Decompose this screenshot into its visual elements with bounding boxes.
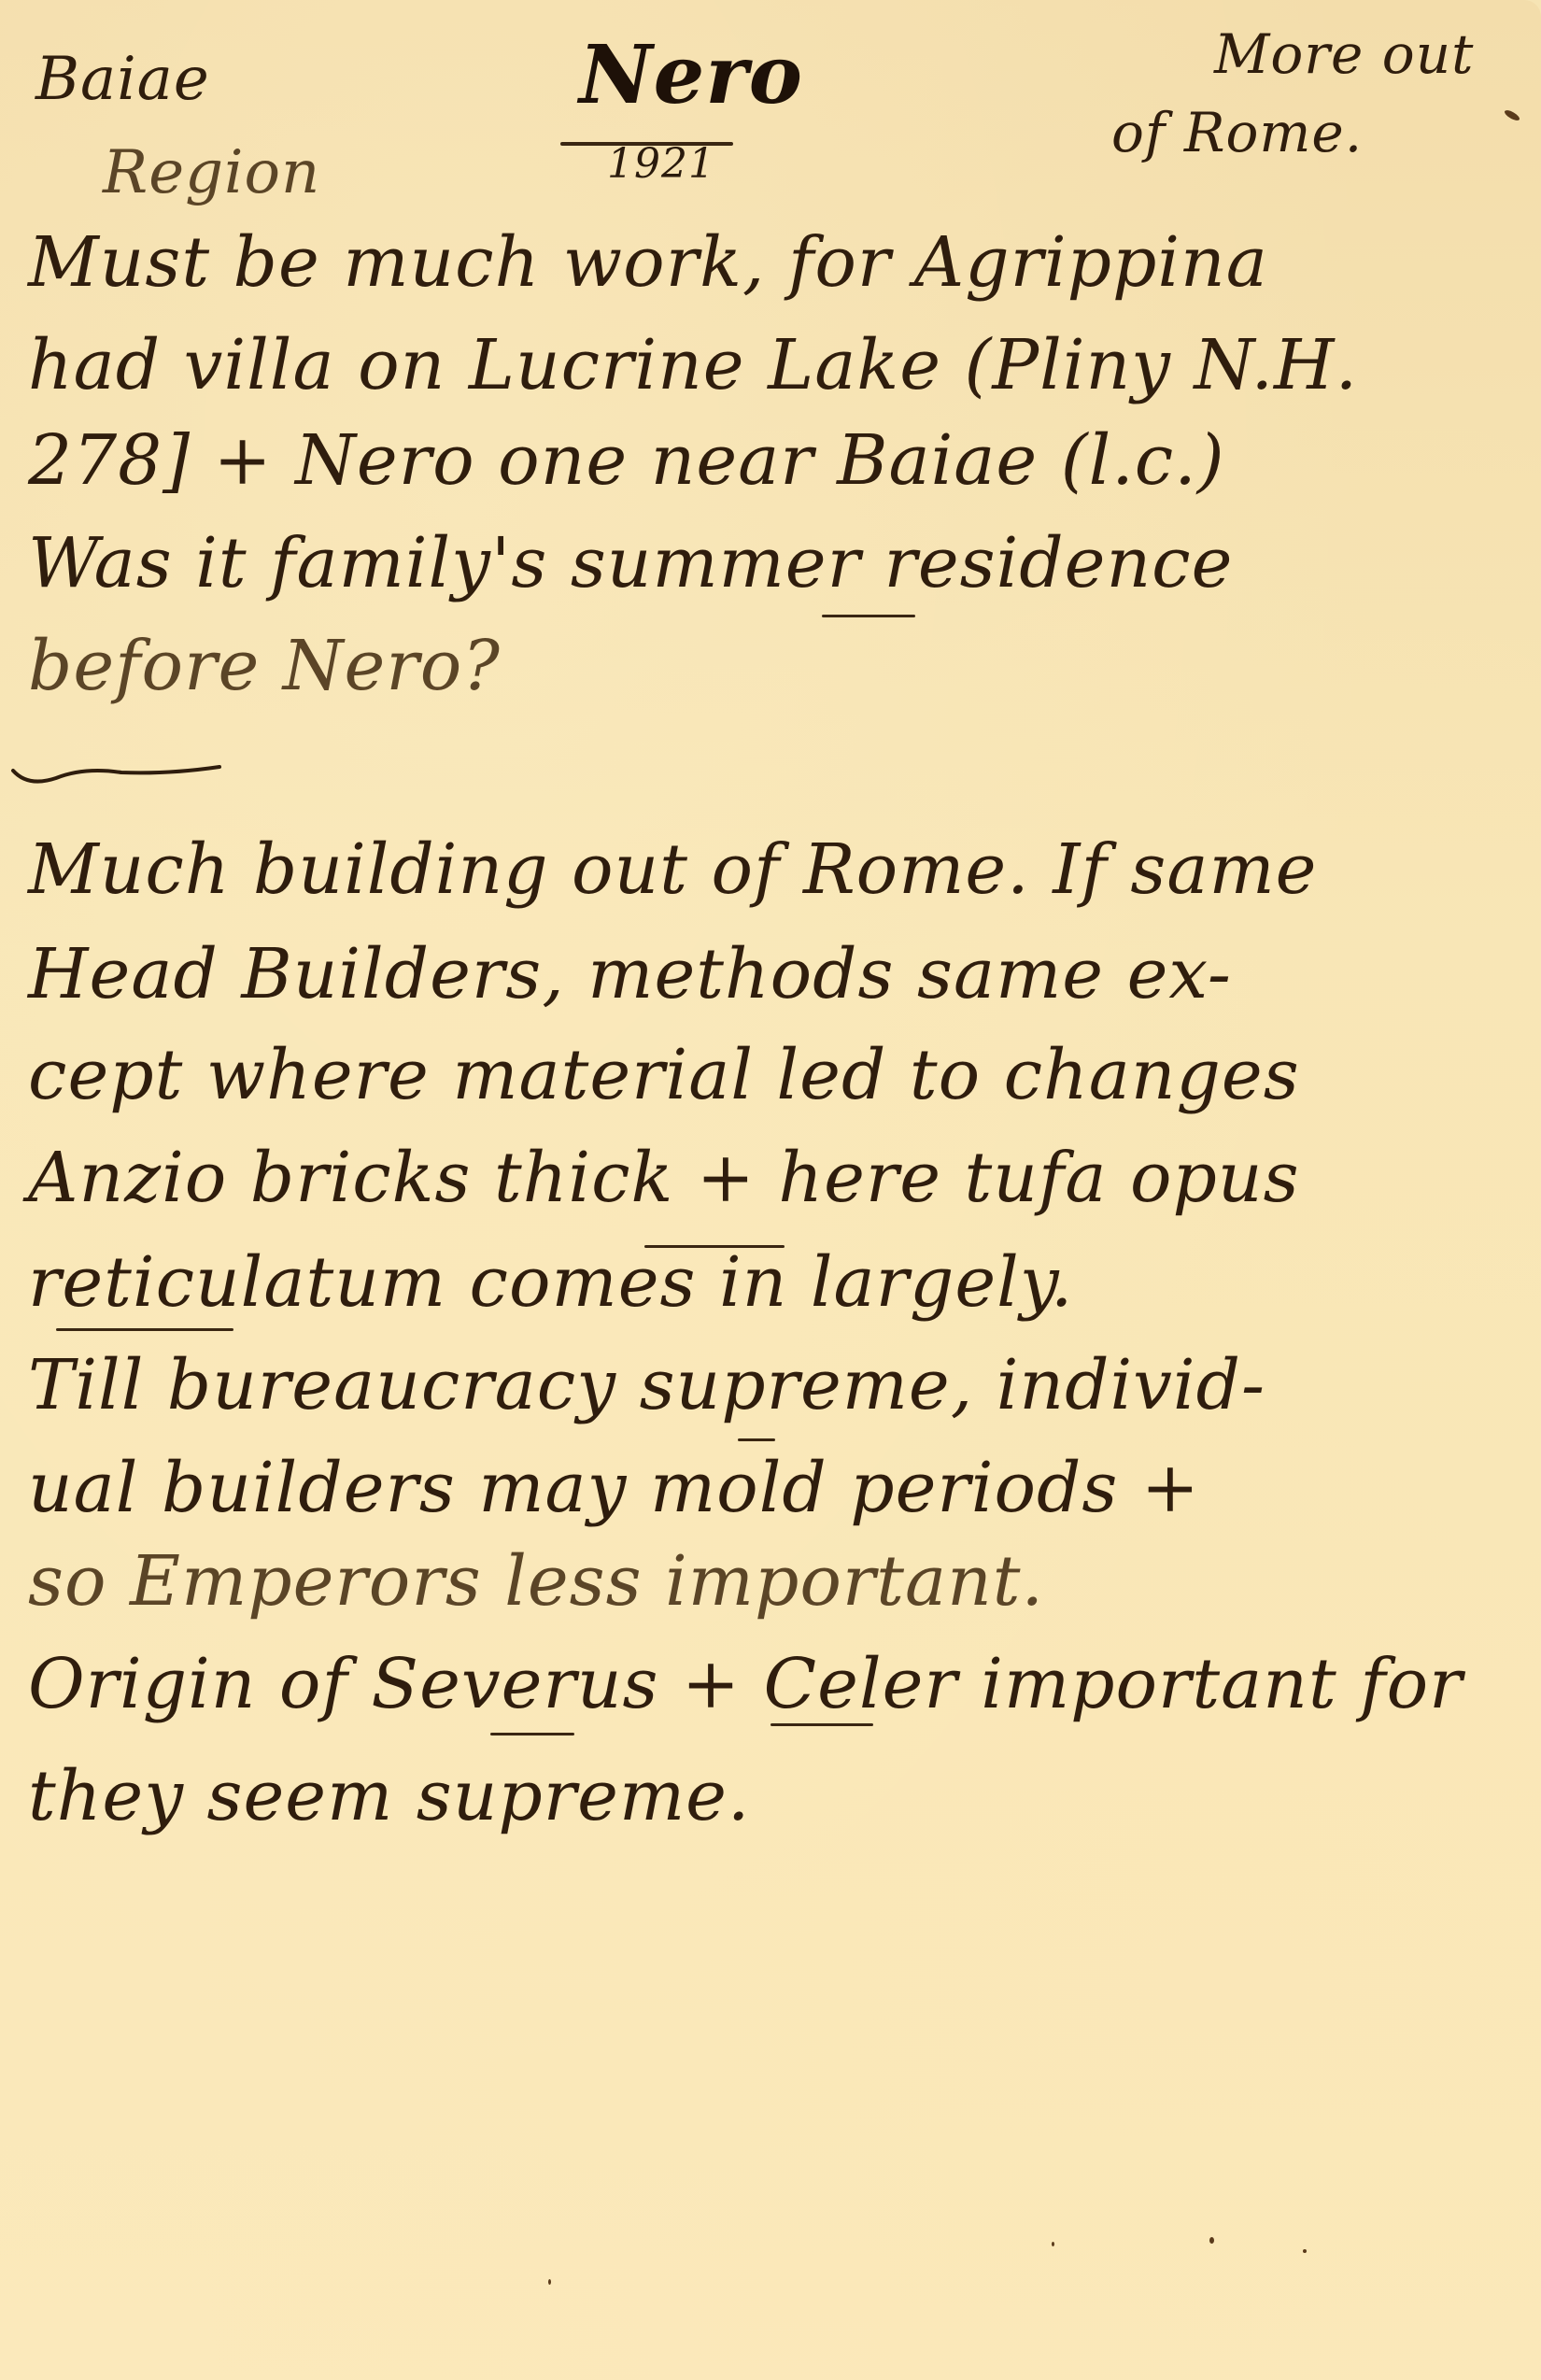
paragraph2-line: Origin of Severus + Celer important for	[28, 1644, 1463, 1724]
paragraph1-line: Must be much work, for Agrippina	[28, 222, 1268, 303]
paragraph2-line: so Emperors less important.	[28, 1541, 1044, 1622]
paper-speck	[1303, 2249, 1307, 2253]
paper-speck	[1052, 2242, 1054, 2246]
paragraph2-line: cept where material led to changes	[28, 1035, 1300, 1115]
header-place: Baiae	[35, 45, 210, 114]
header-note-line1: More out	[1214, 22, 1474, 86]
paragraph2-line: Much building out of Rome. If same	[28, 829, 1317, 910]
paragraph1-line: Was it family's summer residence	[28, 523, 1233, 603]
paper-speck	[1209, 2237, 1214, 2244]
paragraph1-line: 278] + Nero one near Baiae (l.c.)	[28, 420, 1225, 501]
header-note-line2: of Rome.	[1111, 101, 1363, 164]
paragraph2-line: Anzio bricks thick + here tufa opus	[28, 1138, 1300, 1218]
underline-reticulatum	[56, 1328, 233, 1331]
paragraph1-line: had villa on Lucrine Lake (Pliny N.H.	[28, 325, 1358, 405]
header-year: 1921	[607, 140, 715, 188]
note-card: Baiae Region Nero 1921 More out of Rome.…	[0, 0, 1541, 2380]
section-divider	[9, 761, 224, 789]
paragraph2-line: reticulatum comes in largely.	[28, 1242, 1073, 1323]
underline-severus	[490, 1733, 574, 1735]
underline-celer	[770, 1723, 873, 1726]
paper-speck	[548, 2279, 551, 2285]
underline-summer	[822, 615, 915, 617]
ink-blot	[1503, 108, 1520, 122]
paragraph1-line: before Nero?	[28, 626, 501, 706]
header-title: Nero	[579, 28, 803, 122]
underline-may	[738, 1438, 775, 1441]
paragraph2-line: Till bureaucracy supreme, individ-	[28, 1345, 1265, 1425]
paragraph2-line: ual builders may mold periods +	[28, 1448, 1200, 1528]
header-region: Region	[103, 138, 320, 207]
paragraph2-line: they seem supreme.	[28, 1756, 750, 1836]
paragraph2-line: Head Builders, methods same ex-	[28, 934, 1232, 1014]
